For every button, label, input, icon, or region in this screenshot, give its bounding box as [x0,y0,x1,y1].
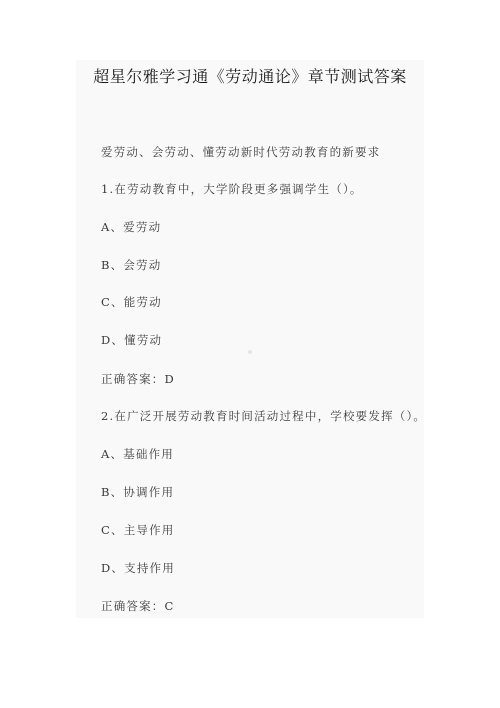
option-d: D、懂劳动 [101,332,162,348]
question-text: 2.在广泛开展劳动教育时间活动过程中，学校要发挥（）。 [101,408,426,424]
question-text: 1.在劳动教育中，大学阶段更多强调学生（）。 [101,181,363,197]
option-b: B、协调作用 [101,484,174,500]
option-a: A、爱劳动 [101,219,161,235]
option-c: C、主导作用 [101,522,175,538]
option-c: C、能劳动 [101,294,162,310]
correct-answer: 正确答案：D [101,371,175,387]
document-title: 超星尔雅学习通《劳动通论》章节测试答案 [0,64,500,87]
option-b: B、会劳动 [101,257,161,273]
option-a: A、基础作用 [101,446,174,462]
correct-answer: 正确答案：C [101,598,175,614]
page-marker-dot [248,350,252,354]
option-d: D、支持作用 [101,560,175,576]
section-heading: 爱劳动、会劳动、懂劳动新时代劳动教育的新要求 [101,144,380,160]
